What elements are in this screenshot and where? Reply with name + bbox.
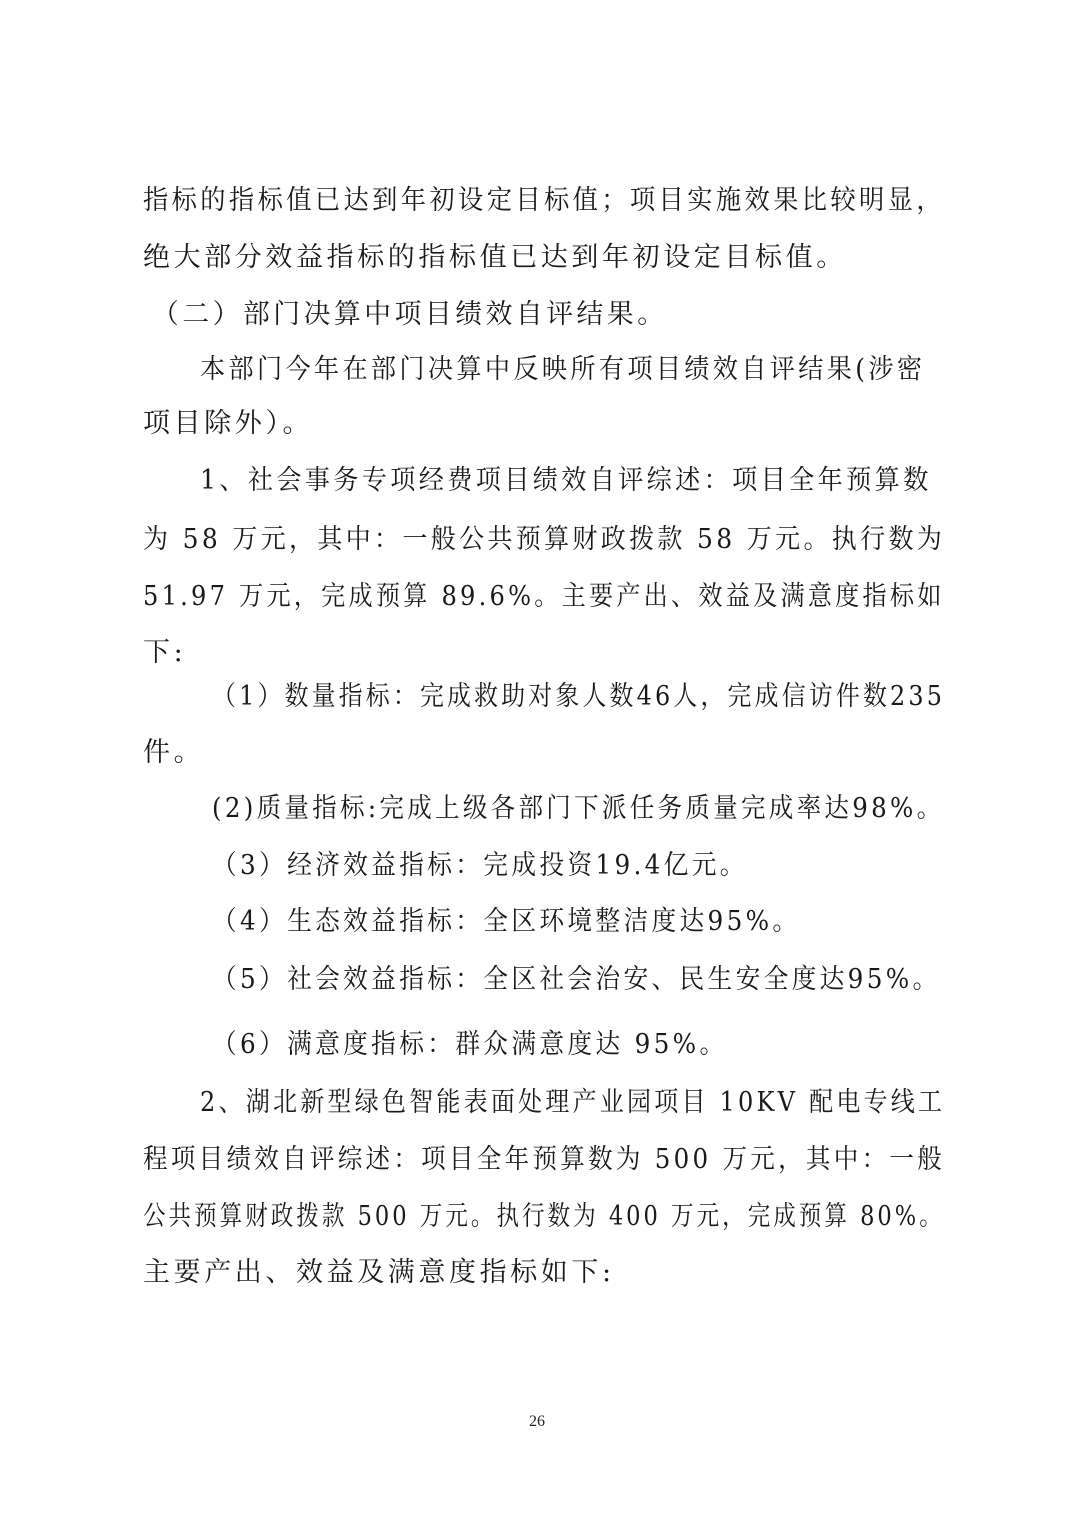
indicator-line: （4）生态效益指标：全区环境整洁度达95%。: [212, 905, 945, 939]
paragraph-line: 绝大部分效益指标的指标值已达到年初设定目标值。: [143, 241, 943, 275]
paragraph-line: 51.97 万元，完成预算 89.6%。主要产出、效益及满意度指标如: [143, 580, 858, 614]
indicator-line: （3）经济效益指标：完成投资19.4亿元。: [212, 849, 945, 883]
paragraph-line: 指标的指标值已达到年初设定目标值；项目实施效果比较明显，: [143, 184, 892, 218]
item-heading: 1、社会事务专项经费项目绩效自评综述：项目全年预算数: [200, 464, 945, 498]
paragraph-line: 为 58 万元，其中：一般公共预算财政拨款 58 万元。执行数为: [143, 523, 884, 557]
page-number: 26: [0, 1413, 1074, 1431]
paragraph-line: 公共预算财政拨款 500 万元。执行数为 400 万元，完成预算 80%。: [143, 1200, 811, 1234]
paragraph-line: 程项目绩效自评综述：项目全年预算数为 500 万元，其中：一般: [143, 1143, 870, 1177]
indicator-line: （6）满意度指标：群众满意度达 95%。: [212, 1028, 945, 1062]
indicator-line: （5）社会效益指标：全区社会治安、民生安全度达95%。: [212, 963, 945, 997]
item-heading: 2、湖北新型绿色智能表面处理产业园项目 10KV 配电专线工: [200, 1086, 912, 1120]
indicator-line: （1）数量指标：完成救助对象人数46人，完成信访件数235: [212, 680, 920, 714]
section-heading: （二）部门决算中项目绩效自评结果。: [152, 298, 945, 332]
paragraph-line: 件。: [143, 736, 943, 770]
indicator-line: (2)质量指标:完成上级各部门下派任务质量完成率达98%。: [212, 792, 939, 826]
paragraph-line: 项目除外）。: [143, 407, 943, 441]
paragraph-line: 下:: [143, 636, 943, 670]
paragraph-line: 本部门今年在部门决算中反映所有项目绩效自评结果(涉密: [200, 353, 945, 387]
document-page: 指标的指标值已达到年初设定目标值；项目实施效果比较明显， 绝大部分效益指标的指标…: [0, 0, 1074, 1520]
paragraph-line: 主要产出、效益及满意度指标如下:: [143, 1256, 943, 1290]
